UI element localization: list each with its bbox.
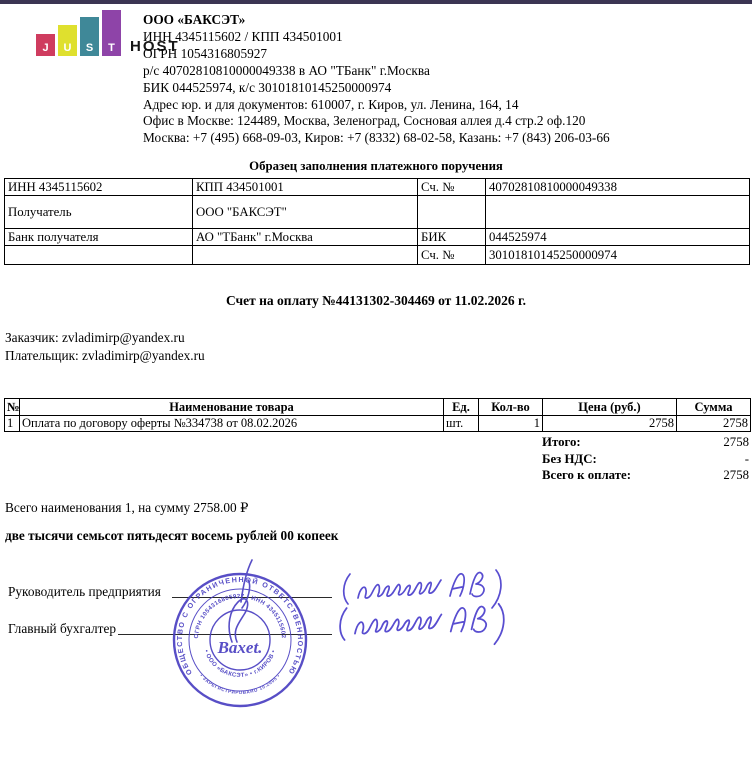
- corr-account-label-cell: Сч. №: [418, 246, 486, 265]
- total-value: 2758: [723, 467, 749, 484]
- item-qty: 1: [479, 416, 543, 432]
- invoice-page: J U S T HOST ООО «БАКСЭТ» ИНН 4345115602…: [0, 0, 752, 769]
- item-unit: шт.: [444, 416, 479, 432]
- company-inn-kpp: ИНН 4345115602 / КПП 434501001: [143, 29, 610, 46]
- company-name: ООО «БАКСЭТ»: [143, 12, 610, 29]
- payment-details-table: ИНН 4345115602 КПП 434501001 Сч. № 40702…: [4, 178, 750, 265]
- logo-letter-u: U: [64, 42, 72, 54]
- items-table: № Наименование товара Ед. Кол-во Цена (р…: [4, 398, 751, 432]
- item-name: Оплата по договору оферты №334738 от 08.…: [20, 416, 444, 432]
- empty-cell: [486, 196, 750, 229]
- col-header-name: Наименование товара: [20, 399, 444, 416]
- items-header-row: № Наименование товара Ед. Кол-во Цена (р…: [5, 399, 751, 416]
- logo-letter-s: S: [86, 42, 93, 54]
- logo-bar-t: T: [102, 10, 121, 56]
- recipient-name-cell: ООО "БАКСЭТ": [193, 196, 418, 229]
- col-header-unit: Ед.: [444, 399, 479, 416]
- bik-label-cell: БИК: [418, 229, 486, 246]
- col-header-number: №: [5, 399, 20, 416]
- invoice-title: Счет на оплату №44131302-304469 от 11.02…: [0, 293, 752, 309]
- stamp-center-text: Baxet.: [217, 638, 263, 657]
- company-phones: Москва: +7 (495) 668-09-03, Киров: +7 (8…: [143, 130, 610, 147]
- corr-account-number-cell: 30101810145250000974: [486, 246, 750, 265]
- amount-in-words: две тысячи семьсот пятьдесят восемь рубл…: [5, 528, 338, 544]
- col-header-price: Цена (руб.): [543, 399, 677, 416]
- logo-letter-j: J: [42, 42, 48, 54]
- col-header-sum: Сумма: [677, 399, 751, 416]
- total-row-itogo: Итого: 2758: [542, 434, 749, 451]
- totals-block: Итого: 2758 Без НДС: - Всего к оплате: 2…: [542, 434, 749, 484]
- total-label: Итого:: [542, 434, 581, 451]
- empty-cell: [5, 246, 193, 265]
- bank-name-cell: АО "ТБанк" г.Москва: [193, 229, 418, 246]
- payer-line: Плательщик: zvladimirp@yandex.ru: [5, 348, 205, 364]
- stamp-signature-flourish: [229, 560, 252, 642]
- director-label: Руководитель предприятия: [8, 584, 161, 600]
- col-header-qty: Кол-во: [479, 399, 543, 416]
- logo-bar-s: S: [80, 17, 99, 56]
- table-row: 1 Оплата по договору оферты №334738 от 0…: [5, 416, 751, 432]
- empty-cell: [418, 196, 486, 229]
- company-stamp: ОБЩЕСТВО С ОГРАНИЧЕННОЙ ОТВЕТСТВЕННОСТЬЮ…: [168, 556, 313, 716]
- bik-value-cell: 044525974: [486, 229, 750, 246]
- logo-bar-u: U: [58, 25, 77, 56]
- recipient-label-cell: Получатель: [5, 196, 193, 229]
- stamp-outer-text: ОБЩЕСТВО С ОГРАНИЧЕННОЙ ОТВЕТСТВЕННОСТЬЮ: [175, 575, 305, 677]
- total-label: Без НДС:: [542, 451, 597, 468]
- company-ogrn: ОГРН 1054316805927: [143, 46, 610, 63]
- bank-label-cell: Банк получателя: [5, 229, 193, 246]
- payment-sample-title: Образец заполнения платежного поручения: [0, 159, 752, 174]
- total-row-vsego: Всего к оплате: 2758: [542, 467, 749, 484]
- kpp-cell: КПП 434501001: [193, 179, 418, 196]
- top-accent-bar: [0, 0, 752, 4]
- account-label-cell: Сч. №: [418, 179, 486, 196]
- total-value: -: [745, 451, 749, 468]
- total-value: 2758: [723, 434, 749, 451]
- total-label: Всего к оплате:: [542, 467, 631, 484]
- company-requisites: ООО «БАКСЭТ» ИНН 4345115602 / КПП 434501…: [143, 12, 610, 147]
- accountant-label: Главный бухгалтер: [8, 621, 116, 637]
- item-sum: 2758: [677, 416, 751, 432]
- logo-letter-t: T: [108, 42, 115, 54]
- company-office: Офис в Москве: 124489, Москва, Зеленогра…: [143, 113, 610, 130]
- account-number-cell: 40702810810000049338: [486, 179, 750, 196]
- summary-count-line: Всего наименования 1, на сумму 2758.00 ₽: [5, 500, 248, 516]
- item-number: 1: [5, 416, 20, 432]
- inn-cell: ИНН 4345115602: [5, 179, 193, 196]
- empty-cell: [193, 246, 418, 265]
- total-row-nds: Без НДС: -: [542, 451, 749, 468]
- item-price: 2758: [543, 416, 677, 432]
- company-account: р/с 40702810810000049338 в АО "ТБанк" г.…: [143, 63, 610, 80]
- logo-bar-j: J: [36, 34, 55, 56]
- company-address: Адрес юр. и для документов: 610007, г. К…: [143, 97, 610, 114]
- svg-text:ОБЩЕСТВО С ОГРАНИЧЕННОЙ ОТВЕТС: ОБЩЕСТВО С ОГРАНИЧЕННОЙ ОТВЕТСТВЕННОСТЬЮ: [175, 575, 305, 677]
- customer-line: Заказчик: zvladimirp@yandex.ru: [5, 330, 185, 346]
- accountant-signature: [330, 597, 529, 647]
- company-bik: БИК 044525974, к/с 30101810145250000974: [143, 80, 610, 97]
